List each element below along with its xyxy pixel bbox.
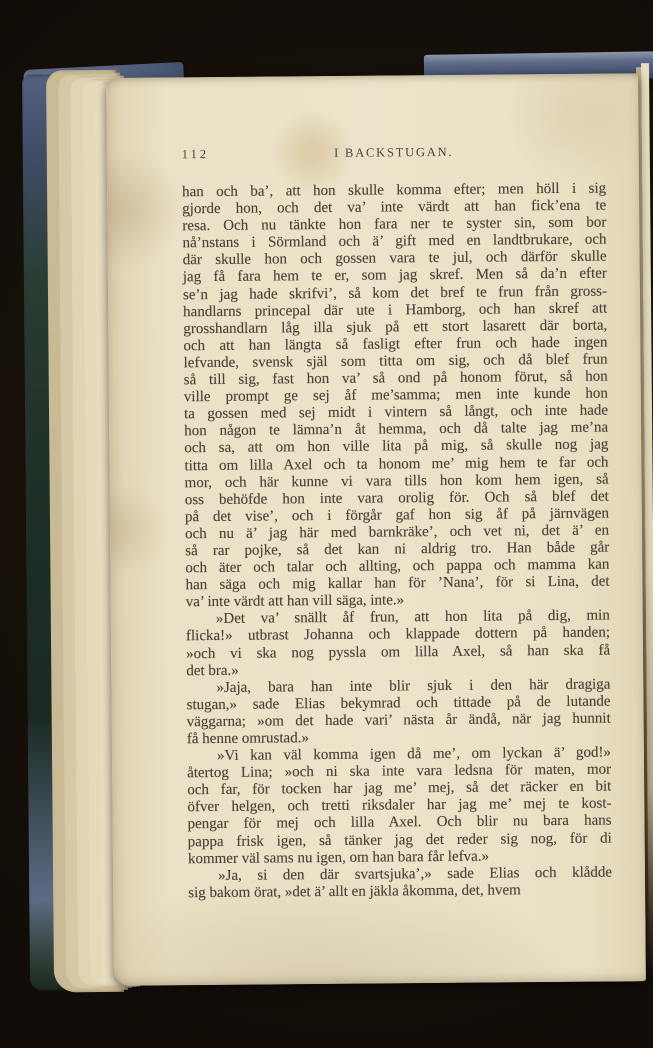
running-header: 112 I BACKSTUGAN. xyxy=(182,144,606,165)
chapter-title: I BACKSTUGAN. xyxy=(334,145,453,161)
open-book: 112 I BACKSTUGAN. han och ba’, att hon s… xyxy=(0,0,653,1048)
photo-background: 112 I BACKSTUGAN. han och ba’, att hon s… xyxy=(0,0,653,1048)
text-line: sig bakom örat, »det ä’ allt en jäkla åk… xyxy=(188,881,612,902)
page-number: 112 xyxy=(182,147,209,162)
book-page: 112 I BACKSTUGAN. han och ba’, att hon s… xyxy=(106,73,646,986)
body-text: han och ba’, att hon skulle komma efter;… xyxy=(182,181,612,903)
text-column: 112 I BACKSTUGAN. han och ba’, att hon s… xyxy=(182,144,613,903)
